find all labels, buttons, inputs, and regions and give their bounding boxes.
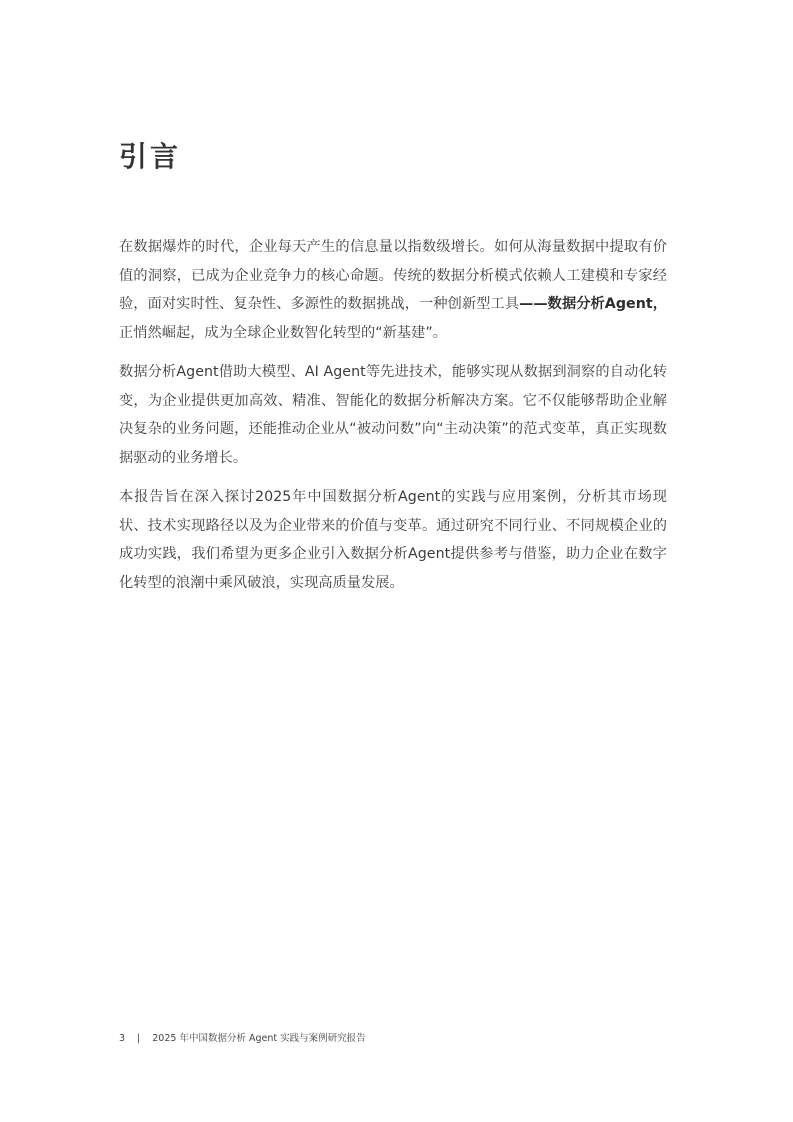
page-title: 引言 bbox=[119, 138, 181, 176]
intro-paragraph-2: 数据分析Agent借助大模型、AI Agent等先进技术，能够实现从数据到洞察的… bbox=[119, 358, 667, 472]
footer-separator: | bbox=[137, 1032, 140, 1046]
body-content: 在数据爆炸的时代，企业每天产生的信息量以指数级增长。如何从海量数据中提取有价值的… bbox=[119, 233, 667, 608]
page-number: 3 bbox=[119, 1032, 125, 1046]
paragraph-text: 正悄然崛起，成为全球企业数智化转型的“新基建”。 bbox=[119, 325, 447, 341]
page-footer: 3 | 2025 年中国数据分析 Agent 实践与案例研究报告 bbox=[119, 1032, 366, 1046]
intro-paragraph-3: 本报告旨在深入探讨2025年中国数据分析Agent的实践与应用案例，分析其市场现… bbox=[119, 483, 667, 597]
emphasis-text: ——数据分析Agent， bbox=[519, 296, 667, 312]
report-title: 2025 年中国数据分析 Agent 实践与案例研究报告 bbox=[152, 1032, 365, 1046]
intro-paragraph-1: 在数据爆炸的时代，企业每天产生的信息量以指数级增长。如何从海量数据中提取有价值的… bbox=[119, 233, 667, 347]
